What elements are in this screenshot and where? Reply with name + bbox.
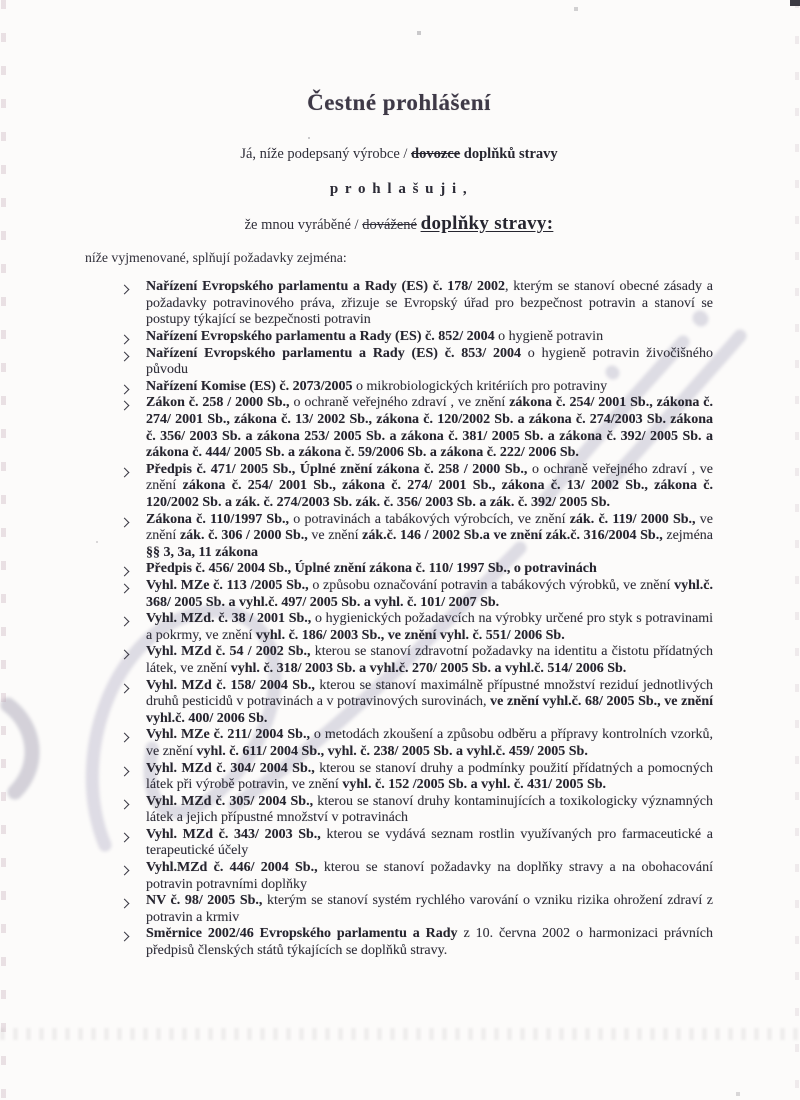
list-item: Směrnice 2002/46 Evropského parlamentu a… xyxy=(118,926,713,959)
list-item: Vyhl. MZe č. 211/ 2004 Sb., o metodách z… xyxy=(118,727,713,760)
list-item: Nařízení Evropského parlamentu a Rady (E… xyxy=(118,346,713,379)
scan-specks xyxy=(0,0,2,2)
arrow-bullet-icon xyxy=(118,279,146,329)
item-text: Zákona č. 110/1997 Sb., o potravinách a … xyxy=(146,512,713,562)
declarant-line: Já, níže podepsaný výrobce / dovozce dop… xyxy=(85,146,713,163)
item-text: Nařízení Komise (ES) č. 2073/2005 o mikr… xyxy=(146,379,713,396)
list-item: Vyhl. MZe č. 113 /2005 Sb., o způsobu oz… xyxy=(118,578,713,611)
arrow-bullet-icon xyxy=(118,346,146,379)
item-text: Předpis č. 471/ 2005 Sb., Úplné znění zá… xyxy=(146,462,713,512)
scanned-document-page: Čestné prohlášení Já, níže podepsaný výr… xyxy=(0,0,800,1100)
item-text: Vyhl.MZd č. 446/ 2004 Sb., kterou se sta… xyxy=(146,860,713,893)
arrow-bullet-icon xyxy=(118,611,146,644)
list-item: Nařízení Evropského parlamentu a Rady (E… xyxy=(118,279,713,329)
item-text: Směrnice 2002/46 Evropského parlamentu a… xyxy=(146,926,713,959)
arrow-bullet-icon xyxy=(118,395,146,461)
arrow-bullet-icon xyxy=(118,578,146,611)
arrow-bullet-icon xyxy=(118,644,146,677)
regulation-list: Nařízení Evropského parlamentu a Rady (E… xyxy=(118,279,713,959)
item-text: Vyhl. MZd. č. 38 / 2001 Sb., o hygienick… xyxy=(146,611,713,644)
scan-noise-band xyxy=(0,1028,800,1040)
arrow-bullet-icon xyxy=(118,727,146,760)
arrow-bullet-icon xyxy=(118,561,146,578)
list-item: Vyhl. MZd č. 305/ 2004 Sb., kterou se st… xyxy=(118,794,713,827)
document-content: Čestné prohlášení Já, níže podepsaný výr… xyxy=(0,90,800,960)
list-item: Zákona č. 110/1997 Sb., o potravinách a … xyxy=(118,512,713,562)
list-item: Nařízení Evropského parlamentu a Rady (E… xyxy=(118,329,713,346)
arrow-bullet-icon xyxy=(118,926,146,959)
list-item: Vyhl. MZd č. 343/ 2003 Sb., kterou se vy… xyxy=(118,827,713,860)
list-item: Vyhl. MZd. č. 38 / 2001 Sb., o hygienick… xyxy=(118,611,713,644)
arrow-bullet-icon xyxy=(118,329,146,346)
list-item: Předpis č. 456/ 2004 Sb., Úplné znění zá… xyxy=(118,561,713,578)
list-item: Zákon č. 258 / 2000 Sb., o ochraně veřej… xyxy=(118,395,713,461)
scan-corner-mark xyxy=(790,0,800,6)
item-text: NV č. 98/ 2005 Sb., kterým se stanoví sy… xyxy=(146,893,713,926)
item-text: Vyhl. MZe č. 113 /2005 Sb., o způsobu oz… xyxy=(146,578,713,611)
intro-line: níže vyjmenované, splňují požadavky zejm… xyxy=(85,250,713,266)
arrow-bullet-icon xyxy=(118,893,146,926)
arrow-bullet-icon xyxy=(118,462,146,512)
item-text: Nařízení Evropského parlamentu a Rady (E… xyxy=(146,329,713,346)
subject-line: že mnou vyráběné / dovážené doplňky stra… xyxy=(85,213,713,235)
item-text: Vyhl. MZd č. 305/ 2004 Sb., kterou se st… xyxy=(146,794,713,827)
arrow-bullet-icon xyxy=(118,512,146,562)
list-item: NV č. 98/ 2005 Sb., kterým se stanoví sy… xyxy=(118,893,713,926)
item-text: Vyhl. MZd č. 304/ 2004 Sb., kterou se st… xyxy=(146,761,713,794)
item-text: Nařízení Evropského parlamentu a Rady (E… xyxy=(146,279,713,329)
item-text: Vyhl. MZd č. 54 / 2002 Sb., kterou se st… xyxy=(146,644,713,677)
page-title: Čestné prohlášení xyxy=(85,90,713,116)
arrow-bullet-icon xyxy=(118,761,146,794)
item-text: Vyhl. MZd č. 343/ 2003 Sb., kterou se vy… xyxy=(146,827,713,860)
arrow-bullet-icon xyxy=(118,827,146,860)
arrow-bullet-icon xyxy=(118,860,146,893)
arrow-bullet-icon xyxy=(118,678,146,728)
arrow-bullet-icon xyxy=(118,379,146,396)
list-item: Předpis č. 471/ 2005 Sb., Úplné znění zá… xyxy=(118,462,713,512)
item-text: Vyhl. MZe č. 211/ 2004 Sb., o metodách z… xyxy=(146,727,713,760)
list-item: Nařízení Komise (ES) č. 2073/2005 o mikr… xyxy=(118,379,713,396)
declaration-word: p r o h l a š u j i , xyxy=(85,181,713,198)
item-text: Zákon č. 258 / 2000 Sb., o ochraně veřej… xyxy=(146,395,713,461)
list-item: Vyhl. MZd č. 158/ 2004 Sb., kterou se st… xyxy=(118,678,713,728)
item-text: Nařízení Evropského parlamentu a Rady (E… xyxy=(146,346,713,379)
list-item: Vyhl.MZd č. 446/ 2004 Sb., kterou se sta… xyxy=(118,860,713,893)
list-item: Vyhl. MZd č. 54 / 2002 Sb., kterou se st… xyxy=(118,644,713,677)
arrow-bullet-icon xyxy=(118,794,146,827)
list-item: Vyhl. MZd č. 304/ 2004 Sb., kterou se st… xyxy=(118,761,713,794)
item-text: Předpis č. 456/ 2004 Sb., Úplné znění zá… xyxy=(146,561,713,578)
item-text: Vyhl. MZd č. 158/ 2004 Sb., kterou se st… xyxy=(146,678,713,728)
